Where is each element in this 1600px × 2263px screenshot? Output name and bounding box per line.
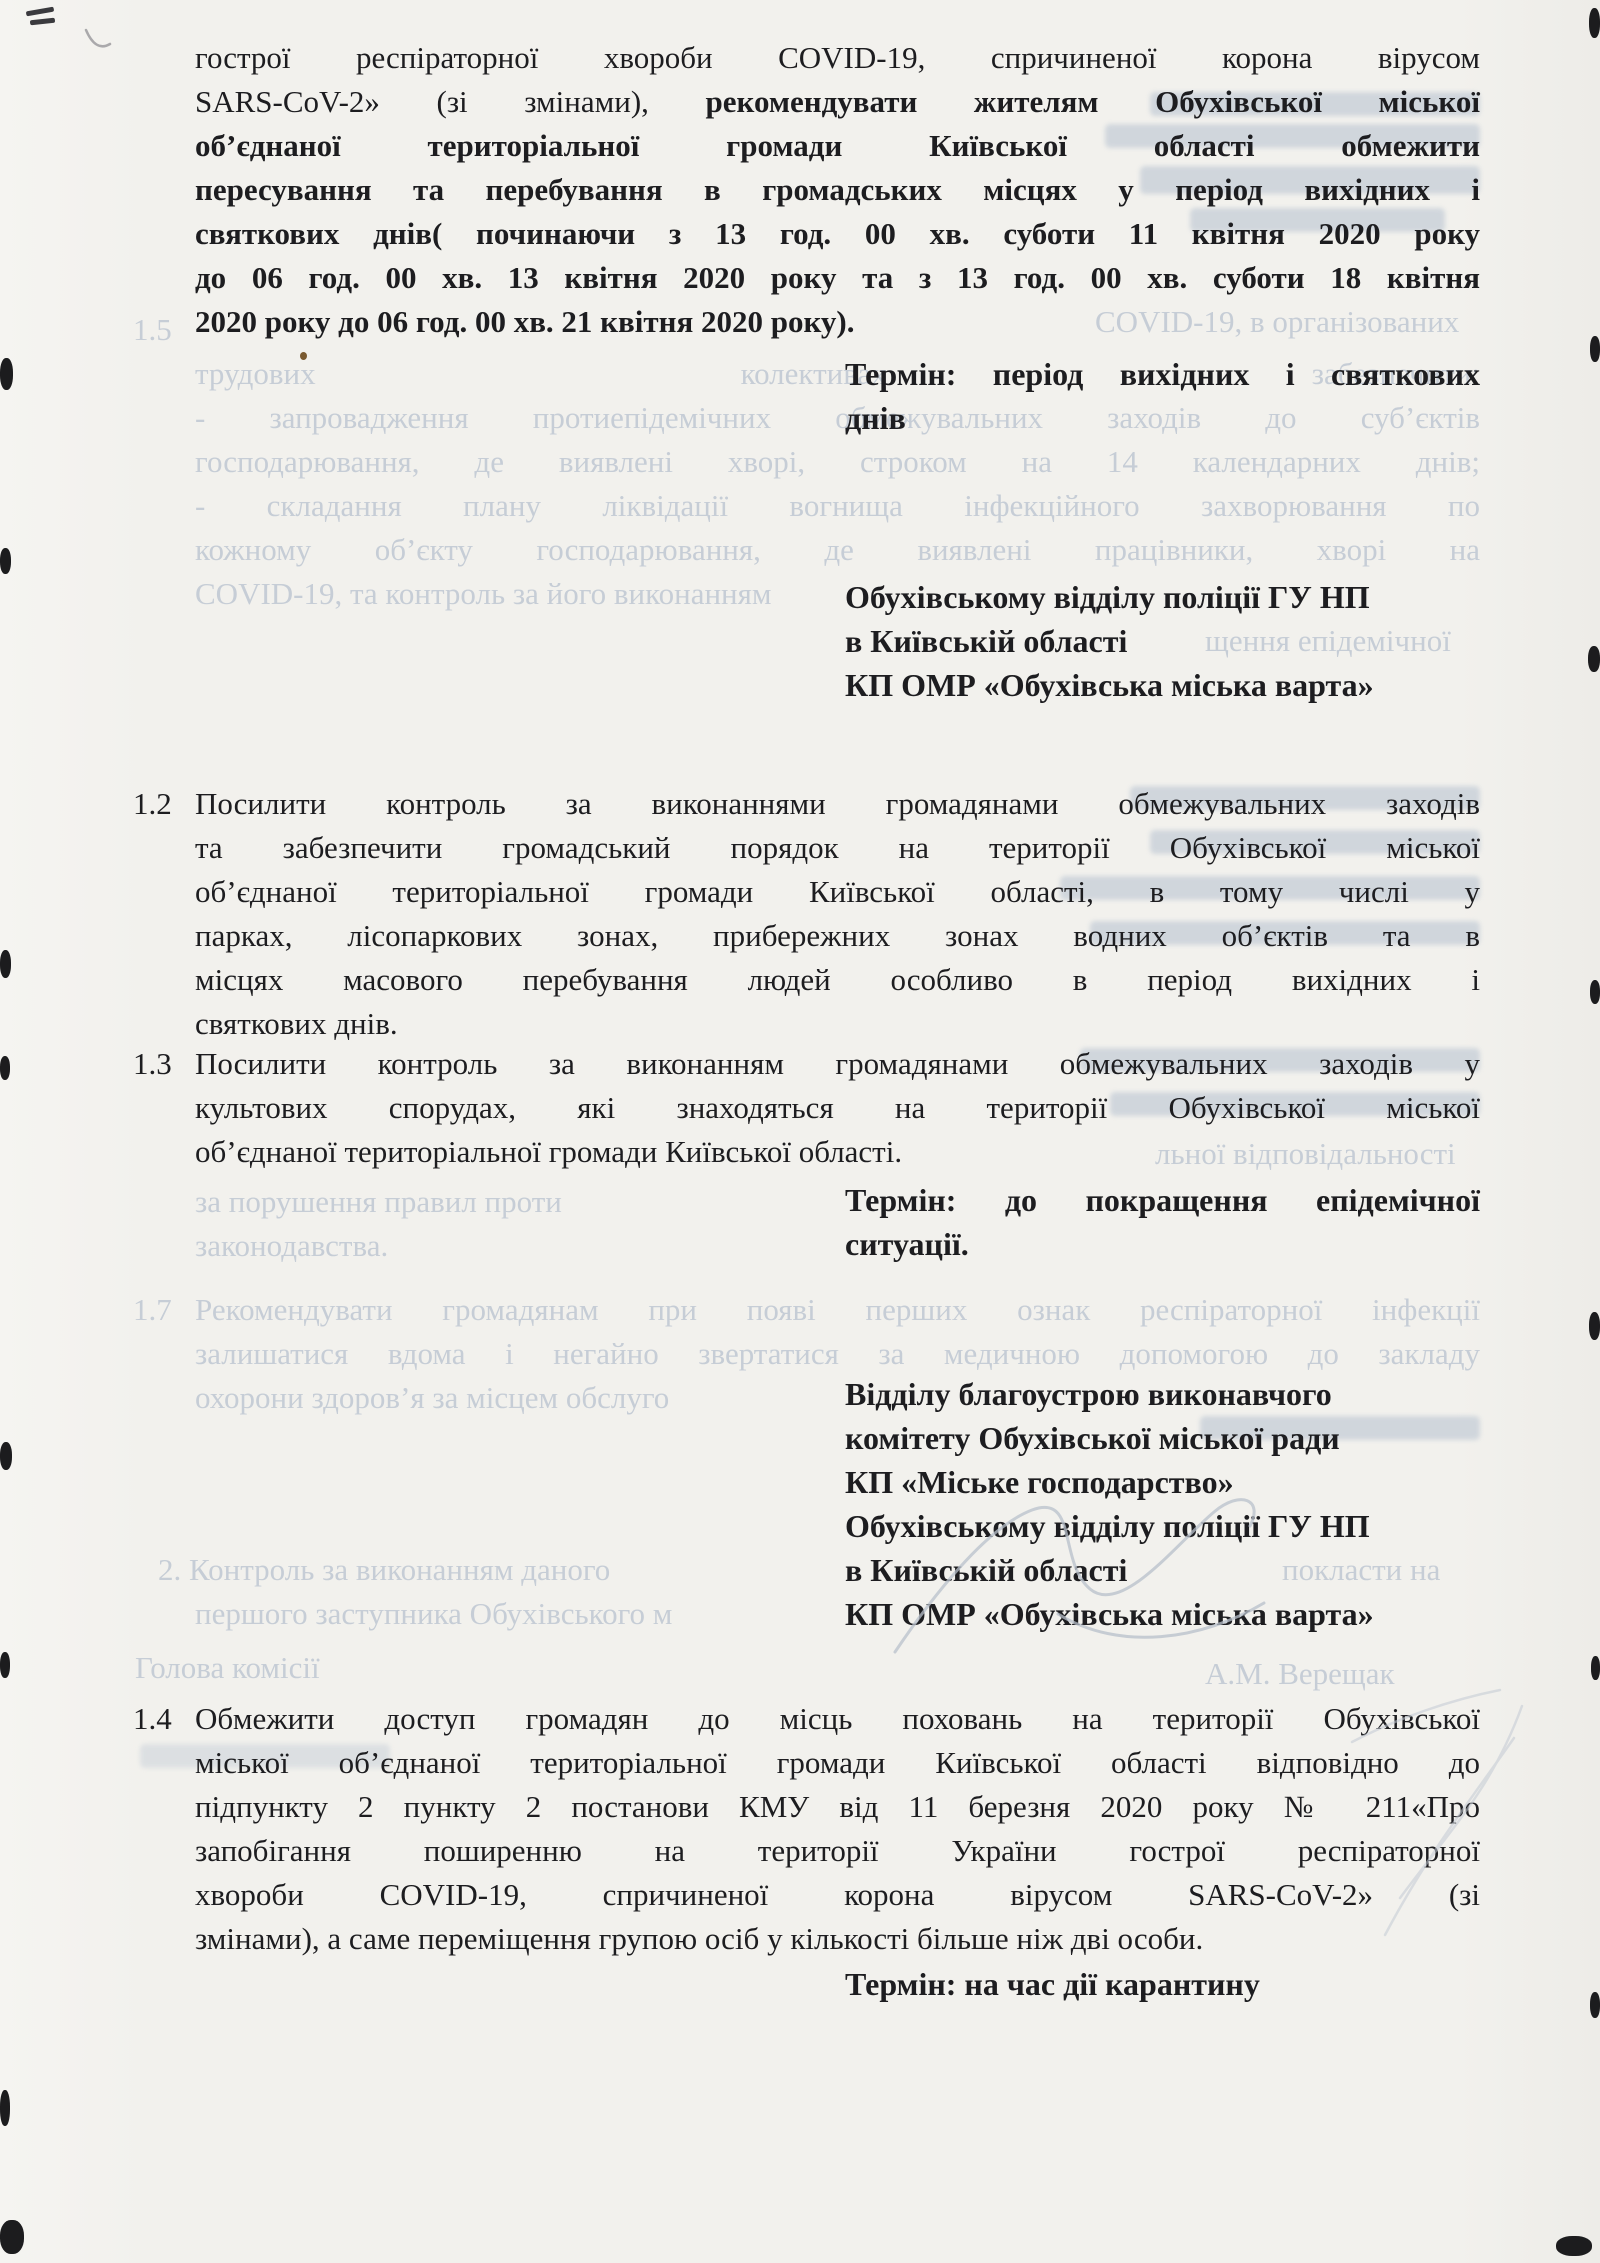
text-line: парках, лісопаркових зонах, прибережних … — [195, 914, 1480, 958]
scan-artifact — [1590, 336, 1600, 362]
scan-artifact — [1591, 1656, 1600, 1680]
bleed-commission-head-label: Голова комісії — [135, 1646, 320, 1690]
text-line: - складання плану ліквідації вогнища інф… — [195, 484, 1480, 528]
scan-artifact — [1590, 1992, 1600, 2018]
ink-speck — [300, 352, 307, 360]
text-line: КП ОМР «Обухівська міська варта» — [845, 663, 1485, 707]
text-line: Рекомендувати громадянам при появі перши… — [195, 1288, 1480, 1332]
text-line: Термін: на час дії карантину — [845, 1962, 1485, 2006]
scan-artifact — [1589, 8, 1600, 38]
term-block-weekends: Термін: період вихідних і святковихднів — [845, 352, 1480, 440]
text-line: культових спорудах, які знаходяться на т… — [195, 1086, 1480, 1130]
term-block-quarantine: Термін: на час дії карантину — [845, 1962, 1485, 2006]
text-line: SARS-CoV-2» (зі змінами), рекомендувати … — [195, 80, 1480, 124]
scan-artifact — [26, 7, 54, 17]
text-line: 2020 року до 06 год. 00 хв. 21 квітня 20… — [195, 300, 1480, 344]
paragraph-1-3: Посилити контроль за виконанням громадян… — [195, 1042, 1480, 1174]
bleed-fragment-deputy: першого заступника Обухівського м — [195, 1592, 672, 1636]
scan-artifact — [0, 2090, 10, 2126]
scan-artifact — [1556, 2236, 1592, 2256]
text-line: об’єднаної територіальної громади Київсь… — [195, 1130, 1480, 1174]
bleed-fragment-violation: за порушення правил проти — [195, 1180, 562, 1224]
text-line: КП ОМР «Обухівська міська варта» — [845, 1592, 1495, 1636]
text-line: міської об’єднаної територіальної громад… — [195, 1741, 1480, 1785]
text-line: комітету Обухівської міської ради — [845, 1416, 1495, 1460]
scan-artifact — [0, 1652, 10, 1678]
text-line: Термін: період вихідних і святкових — [845, 352, 1480, 396]
paragraph-intro: гострої респіраторної хвороби COVID-19, … — [195, 36, 1480, 344]
text-line: об’єднаної територіальної громади Київсь… — [195, 124, 1480, 168]
text-line: кожному об’єкту господарювання, де виявл… — [195, 528, 1480, 572]
text-line: святкових днів. — [195, 1002, 1480, 1046]
scan-artifact — [1588, 646, 1600, 672]
bleed-item-number-1-7: 1.7 — [133, 1288, 172, 1332]
text-line: в Київській області — [845, 619, 1485, 663]
scan-artifact — [1590, 980, 1600, 1004]
text-line: пересування та перебування в громадських… — [195, 168, 1480, 212]
text-line: Термін: до покращення епідемічної — [845, 1178, 1480, 1222]
text-line: господарювання, де виявлені хворі, строк… — [195, 440, 1480, 484]
text-line: в Київській області — [845, 1548, 1495, 1592]
text-line: Посилити контроль за виконаннями громадя… — [195, 782, 1480, 826]
item-number-1-3: 1.3 — [133, 1042, 172, 1086]
text-line: святкових днів( починаючи з 13 год. 00 х… — [195, 212, 1480, 256]
text-line: днів — [845, 396, 1480, 440]
scan-artifact — [1589, 1312, 1600, 1340]
text-line: об’єднаної територіальної громади Київсь… — [195, 870, 1480, 914]
text-line: змінами), а саме переміщення групою осіб… — [195, 1917, 1480, 1961]
text-line: хвороби COVID-19, спричиненої корона вір… — [195, 1873, 1480, 1917]
scanned-document-page: 1.5 COVID-19, в організованих трудових к… — [0, 0, 1600, 2263]
text-line: Обухівському відділу поліції ГУ НП — [845, 1504, 1495, 1548]
item-number-1-4: 1.4 — [133, 1697, 172, 1741]
text-line: місцях масового перебування людей особли… — [195, 958, 1480, 1002]
addressee-block-utilities-police: Відділу благоустрою виконавчогокомітету … — [845, 1372, 1495, 1636]
text-line: КП «Міське господарство» — [845, 1460, 1495, 1504]
scan-artifact — [0, 1056, 10, 1080]
text-line: Обухівському відділу поліції ГУ НП — [845, 575, 1485, 619]
scan-artifact — [0, 358, 13, 390]
text-line: підпункту 2 пункту 2 постанови КМУ від 1… — [195, 1785, 1480, 1829]
paragraph-1-2: Посилити контроль за виконаннями громадя… — [195, 782, 1480, 1046]
paragraph-1-4: Обмежити доступ громадян до місць похова… — [195, 1697, 1480, 1961]
text-line: ситуації. — [845, 1222, 1480, 1266]
scan-artifact — [0, 950, 11, 978]
scan-artifact — [0, 548, 11, 574]
scan-artifact — [0, 1442, 12, 1470]
text-line: гострої респіраторної хвороби COVID-19, … — [195, 36, 1480, 80]
text-line: Обмежити доступ громадян до місць похова… — [195, 1697, 1480, 1741]
text-line: Посилити контроль за виконанням громадян… — [195, 1042, 1480, 1086]
bleed-fragment-control: 2. Контроль за виконанням даного — [158, 1548, 610, 1592]
text-line: Відділу благоустрою виконавчого — [845, 1372, 1495, 1416]
bleed-item-number-1-5: 1.5 — [133, 308, 172, 352]
text-line: та забезпечити громадський порядок на те… — [195, 826, 1480, 870]
bleed-fragment-legislation: законодавства. — [195, 1224, 388, 1268]
scan-artifact — [30, 18, 55, 26]
text-line: залишатися вдома і негайно звертатися за… — [195, 1332, 1480, 1376]
item-number-1-2: 1.2 — [133, 782, 172, 826]
addressee-block-police: Обухівському відділу поліції ГУ НПв Київ… — [845, 575, 1485, 707]
scan-artifact — [0, 2220, 24, 2254]
bleed-signature-name: А.М. Верещак — [1205, 1652, 1395, 1696]
term-block-epidemic: Термін: до покращення епідемічноїситуаці… — [845, 1178, 1480, 1266]
text-line: до 06 год. 00 хв. 13 квітня 2020 року та… — [195, 256, 1480, 300]
text-line: запобігання поширенню на території Украї… — [195, 1829, 1480, 1873]
